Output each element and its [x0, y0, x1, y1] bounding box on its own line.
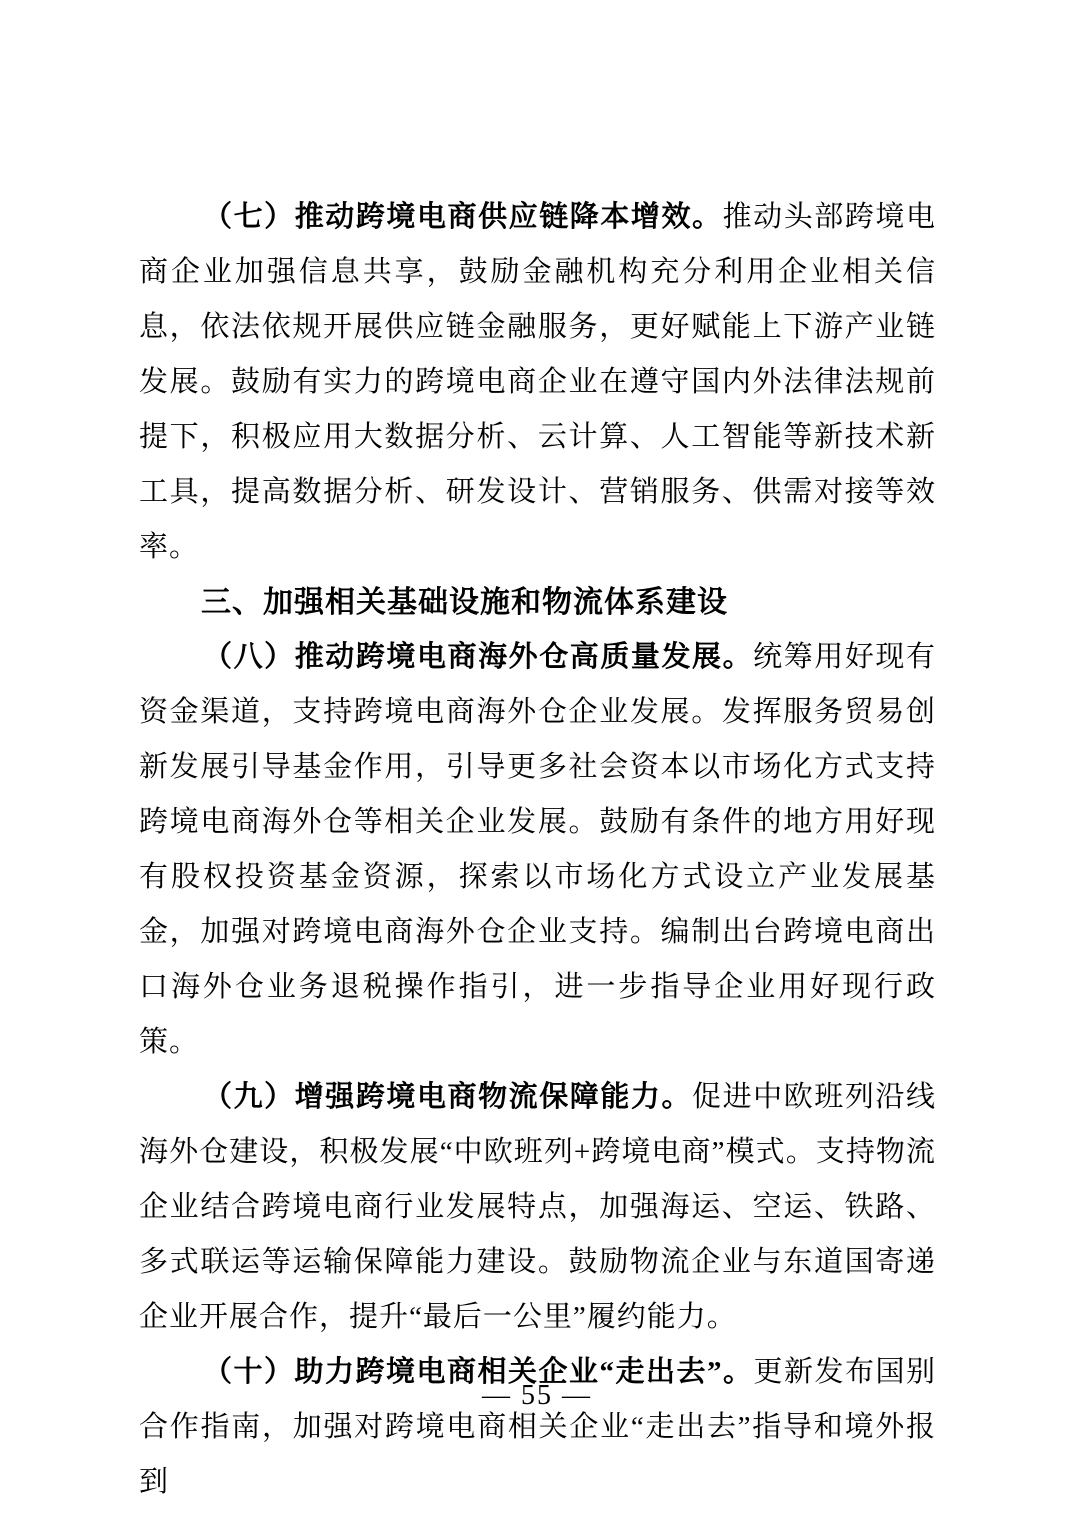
paragraph-lead: （七）推动跨境电商供应链降本增效。	[203, 201, 723, 233]
document-page: （七）推动跨境电商供应链降本增效。推动头部跨境电商企业加强信息共享，鼓励金融机构…	[0, 0, 1074, 1520]
paragraph-lead: （九）增强跨境电商物流保障能力。	[203, 1081, 692, 1113]
body-text: （七）推动跨境电商供应链降本增效。推动头部跨境电商企业加强信息共享，鼓励金融机构…	[139, 190, 936, 1510]
paragraph-item-8: （八）推动跨境电商海外仓高质量发展。统筹用好现有资金渠道，支持跨境电商海外仓企业…	[139, 630, 936, 1070]
paragraph-item-10: （十）助力跨境电商相关企业“走出去”。更新发布国别合作指南，加强对跨境电商相关企…	[139, 1345, 936, 1510]
paragraph-body: 统筹用好现有资金渠道，支持跨境电商海外仓企业发展。发挥服务贸易创新发展引导基金作…	[139, 641, 936, 1058]
section-heading: 三、加强相关基础设施和物流体系建设	[139, 575, 936, 630]
paragraph-lead: （八）推动跨境电商海外仓高质量发展。	[203, 641, 753, 673]
page-number: — 55 —	[0, 1376, 1074, 1416]
paragraph-item-7: （七）推动跨境电商供应链降本增效。推动头部跨境电商企业加强信息共享，鼓励金融机构…	[139, 190, 936, 575]
paragraph-body: 推动头部跨境电商企业加强信息共享，鼓励金融机构充分利用企业相关信息，依法依规开展…	[139, 201, 936, 563]
paragraph-body: 促进中欧班列沿线海外仓建设，积极发展“中欧班列+跨境电商”模式。支持物流企业结合…	[139, 1081, 936, 1333]
paragraph-item-9: （九）增强跨境电商物流保障能力。促进中欧班列沿线海外仓建设，积极发展“中欧班列+…	[139, 1070, 936, 1345]
